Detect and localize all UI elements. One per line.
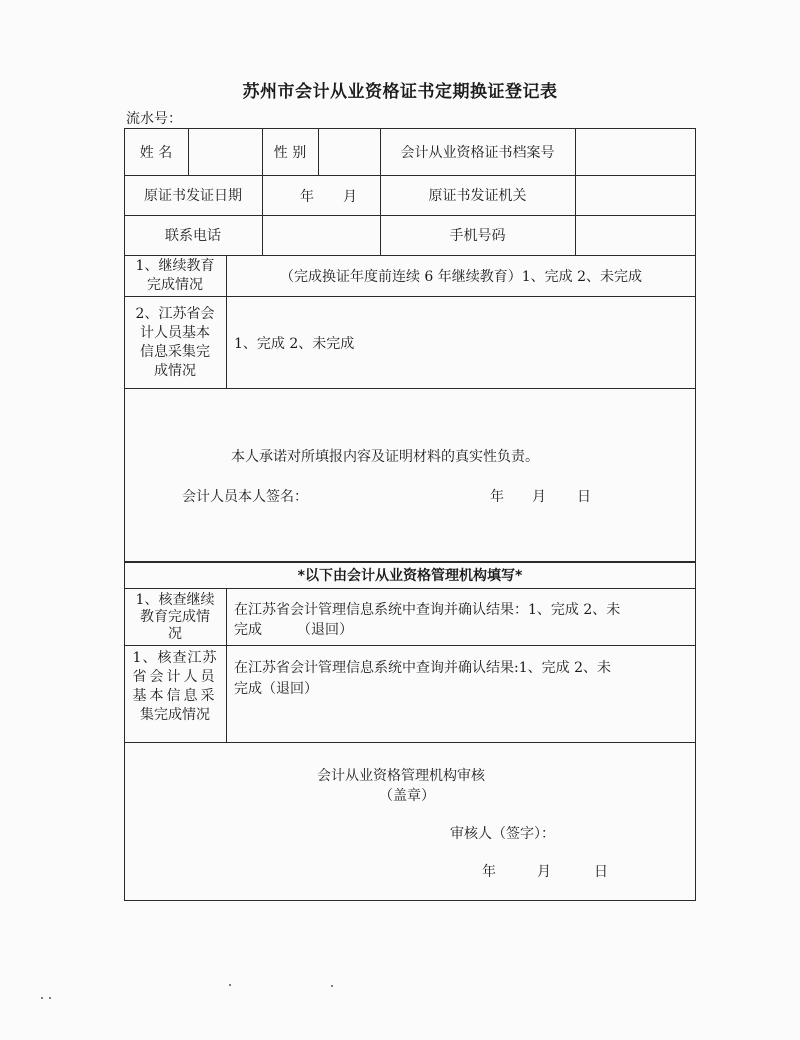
check-info-collection-label: 1、核查江苏 省会计人员 基本信息采 集完成情况 <box>124 646 226 742</box>
label-line: 省会计人员 <box>133 668 218 687</box>
label-line: 集完成情况 <box>140 706 210 725</box>
label-line: 完成情况 <box>147 276 203 295</box>
signature-field[interactable] <box>329 481 509 507</box>
document-title: 苏州市会计从业资格证书定期换证登记表 <box>0 77 800 102</box>
issue-date-label: 原证书发证日期 <box>124 175 262 215</box>
scan-speck <box>49 997 51 999</box>
review-month: 月 <box>537 861 551 881</box>
label-line: 成情况 <box>154 362 196 381</box>
label-line: 1、继续教育 <box>136 257 215 276</box>
gender-label: 性 别 <box>262 128 318 175</box>
scan-speck <box>331 985 333 987</box>
archive-number-label: 会计从业资格证书档案号 <box>380 128 575 175</box>
label-line: 况 <box>168 626 182 643</box>
check-education-result[interactable]: 在江苏省会计管理信息系统中查询并确认结果：1、完成 2、未 完成 （退回） <box>226 589 696 645</box>
pledge-year: 年 <box>490 486 504 506</box>
year-label: 年 <box>300 186 314 206</box>
info-collection-label: 2、江苏省会 计人员基本 信息采集完 成情况 <box>124 297 226 388</box>
continuing-education-label: 1、继续教育 完成情况 <box>124 256 226 296</box>
check-education-label: 1、核查继续 教育完成情 况 <box>124 589 226 645</box>
authority-section-header: *以下由会计从业资格管理机构填写* <box>124 562 696 588</box>
check-info-collection-result[interactable]: 在江苏省会计管理信息系统中查询并确认结果:1、完成 2、未 完成（退回） <box>226 646 696 742</box>
scan-speck <box>229 984 231 986</box>
serial-number-label: 流水号： <box>126 108 182 128</box>
result-line: 完成（退回） <box>234 678 318 698</box>
label-line: 1、核查继续 <box>136 592 215 609</box>
issuer-label: 原证书发证机关 <box>380 175 575 215</box>
review-title: 会计从业资格管理机构审核 <box>317 765 485 785</box>
result-line: 完成 （退回） <box>234 619 353 639</box>
review-day: 日 <box>594 861 608 881</box>
label-line: 信息采集完 <box>140 343 210 362</box>
pledge-section: 本人承诺对所填报内容及证明材料的真实性负责。 会计人员本人签名： 年 月 日 <box>124 389 696 561</box>
pledge-month: 月 <box>532 486 546 506</box>
pledge-statement: 本人承诺对所填报内容及证明材料的真实性负责。 <box>231 446 539 466</box>
label-line: 计人员基本 <box>140 324 210 343</box>
label-line: 基本信息采 <box>133 687 218 706</box>
label-line: 2、江苏省会 <box>136 305 215 324</box>
issuer-field[interactable] <box>575 175 696 215</box>
name-field[interactable] <box>188 128 262 175</box>
name-label: 姓 名 <box>124 128 188 175</box>
continuing-education-options[interactable]: （完成换证年度前连续 6 年继续教育）1、完成 2、未完成 <box>226 256 696 296</box>
label-line: 1、核查江苏 <box>133 649 218 668</box>
mobile-field[interactable] <box>575 215 696 255</box>
phone-field[interactable] <box>262 215 380 255</box>
review-year: 年 <box>482 861 496 881</box>
result-line: 在江苏省会计管理信息系统中查询并确认结果：1、完成 2、未 <box>234 599 620 619</box>
reviewer-signature-field[interactable] <box>569 819 679 843</box>
phone-label: 联系电话 <box>124 215 262 255</box>
review-section: 会计从业资格管理机构审核 （盖章） 审核人（签字）： 年 月 日 <box>124 743 696 901</box>
gender-field[interactable] <box>318 128 380 175</box>
mobile-label: 手机号码 <box>380 215 575 255</box>
info-collection-options[interactable]: 1、完成 2、未完成 <box>226 297 696 388</box>
issue-date-field[interactable]: 年 月 <box>262 175 380 215</box>
signature-label: 会计人员本人签名： <box>182 486 308 506</box>
result-line: 在江苏省会计管理信息系统中查询并确认结果:1、完成 2、未 <box>234 657 611 677</box>
scan-speck <box>41 997 43 999</box>
label-line: 教育完成情 <box>140 609 210 626</box>
reviewer-signature-label: 审核人（签字）： <box>450 823 555 843</box>
month-label: 月 <box>343 186 357 206</box>
stamp-label: （盖章） <box>379 785 435 805</box>
archive-number-field[interactable] <box>575 128 696 175</box>
pledge-day: 日 <box>577 486 591 506</box>
